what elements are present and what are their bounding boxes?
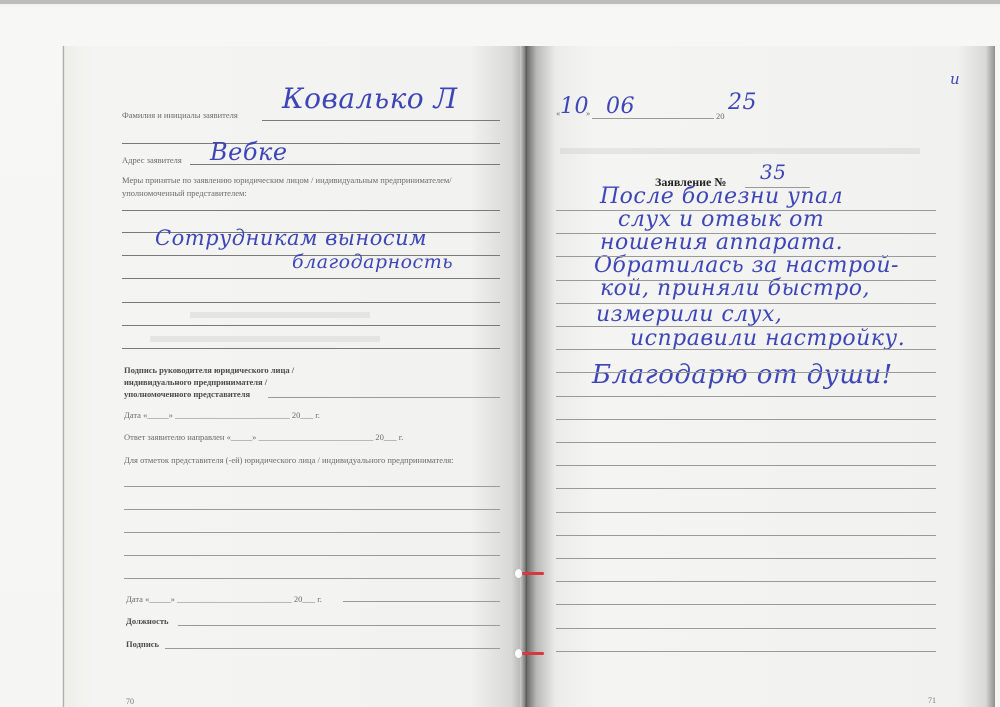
scan-top-edge [0,0,1000,4]
page-number-right: 71 [928,696,936,705]
ruled-line [556,233,936,234]
staple [518,572,544,575]
notes-line [124,486,500,487]
handwritten-applicant-name: Ковалько Л [282,82,457,115]
label-date-2: Дата «_____» ___________________________… [126,594,322,604]
label-position: Должность [126,616,169,626]
measures-line [122,348,500,349]
ruled-line [556,465,936,466]
date-quote-close: » [586,108,590,118]
handwritten-year: 25 [728,90,757,115]
notes-line [124,509,500,510]
page-number-left: 70 [126,697,134,706]
label-signature-head-2: индивидуального предпринимателя / [124,377,267,387]
handwritten-applicant-address: Вебке [210,138,288,166]
notes-line [124,532,500,533]
signature-head-line [268,397,500,398]
label-applicant-address: Адрес заявителя [122,155,182,165]
date-2-line [343,601,500,602]
ruled-line [556,349,936,350]
ruled-line [556,280,936,281]
ruled-line [556,651,936,652]
handwritten-body-line: исправили настройку. [630,326,905,351]
label-response-sent: Ответ заявителю направлен «_____» ______… [124,432,403,442]
handwritten-body-line: Благодарю от души! [592,360,893,390]
label-measures-2: уполномоченный представителем: [122,188,247,198]
ruled-line [556,488,936,489]
label-signature-head-3: уполномоченного представителя [124,389,250,399]
notes-line [124,578,500,579]
ruled-line [556,372,936,373]
year-prefix: 20 [716,111,725,121]
bleed-through [190,312,370,318]
ruled-line [556,210,936,211]
notes-line [124,555,500,556]
blank-line [122,143,500,144]
ruled-line [556,442,936,443]
label-signature: Подпись [126,639,159,649]
handwritten-body-line: После болезни упал [600,184,843,209]
label-date: Дата «_____» ___________________________… [124,410,320,420]
handwritten-measures-2: благодарность [292,251,453,273]
bleed-through [150,336,380,342]
ruled-line [556,256,936,257]
ruled-line [556,512,936,513]
label-applicant-name: Фамилия и инициалы заявителя [122,110,238,120]
measures-line [122,302,500,303]
ruled-line [556,419,936,420]
label-notes-for-rep: Для отметок представителя (-ей) юридичес… [124,455,454,465]
handwritten-measures-1: Сотрудникам выносим [155,226,427,250]
ruled-line [556,628,936,629]
signature-line [165,648,500,649]
ruled-line [556,326,936,327]
handwritten-corner-mark: и [950,70,960,88]
ruled-line [556,581,936,582]
ruled-line [556,558,936,559]
bleed-through [560,148,920,154]
ruled-line [556,604,936,605]
position-line [178,625,500,626]
handwritten-application-number: 35 [760,160,786,184]
handwritten-body-line: измерили слух, [596,302,782,327]
measures-line [122,278,500,279]
ruled-line [556,535,936,536]
measures-line [122,210,500,211]
handwritten-day: 10 [560,94,589,119]
ruled-line [556,303,936,304]
ruled-line [556,396,936,397]
staple [518,652,544,655]
label-measures-1: Меры принятые по заявлению юридическим л… [122,175,452,185]
handwritten-month: 06 [606,94,635,119]
applicant-name-line [262,120,500,121]
label-signature-head-1: Подпись руководителя юридического лица / [124,365,294,375]
measures-line [122,325,500,326]
